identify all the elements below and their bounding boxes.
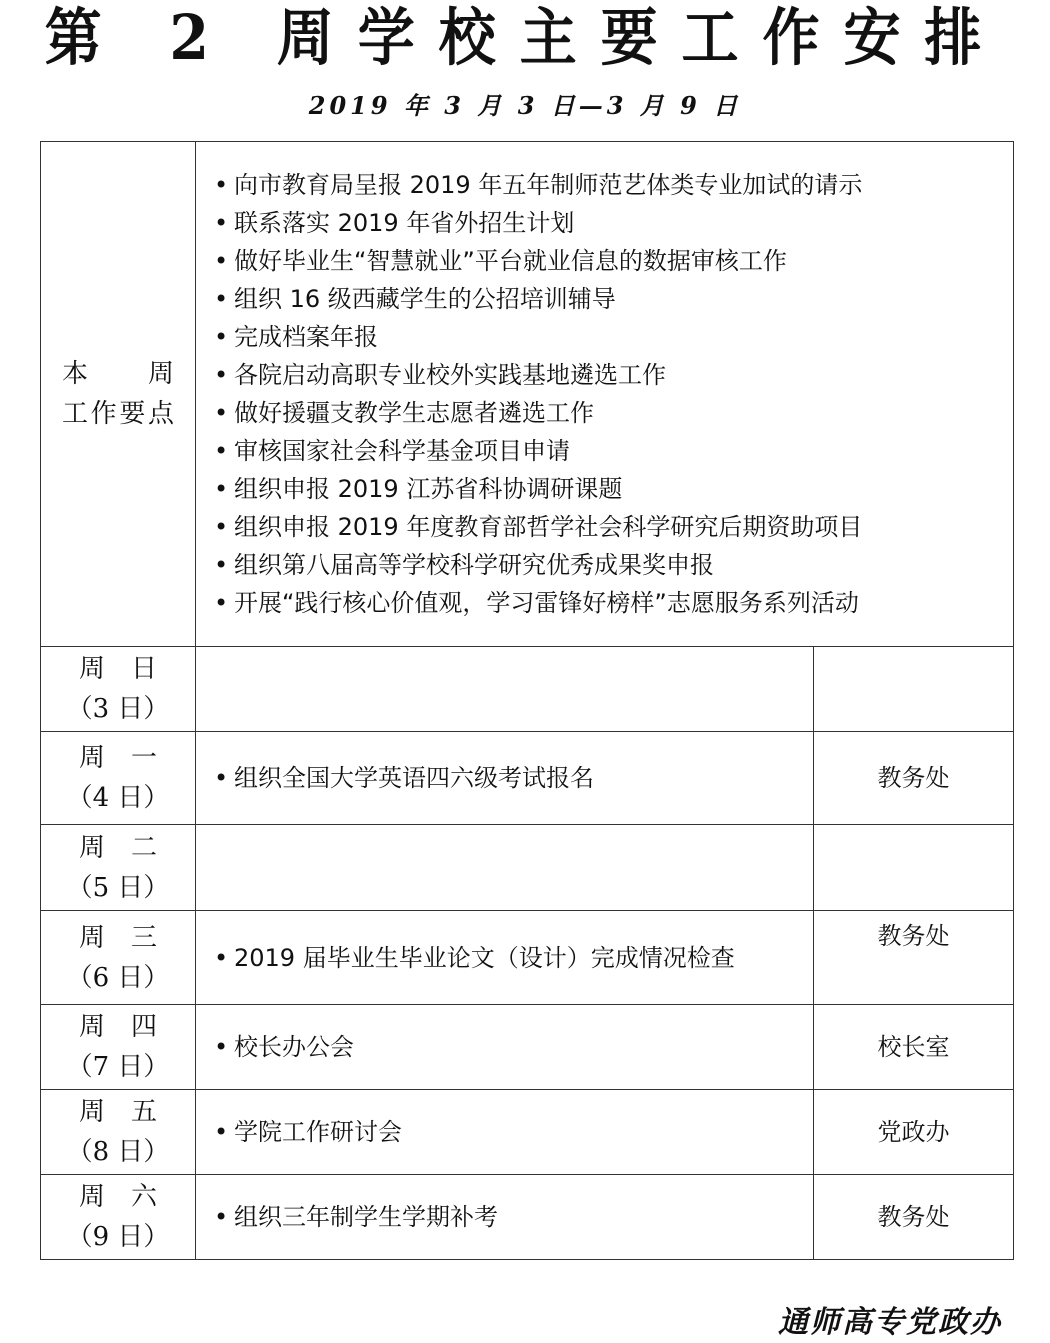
key-point: 向市教育局呈报 2019 年五年制师范艺体类专业加试的请示	[214, 166, 1007, 204]
task-item: 校长办公会	[214, 1028, 807, 1066]
key-point: 开展“践行核心价值观，学习雷锋好榜样”志愿服务系列活动	[214, 584, 1007, 622]
key-point: 审核国家社会科学基金项目申请	[214, 432, 1007, 470]
day-label: 周 五（8 日）	[41, 1090, 196, 1175]
day-row-saturday: 周 六（9 日） 组织三年制学生学期补考 教务处	[41, 1175, 1014, 1260]
key-point: 联系落实 2019 年省外招生计划	[214, 204, 1007, 242]
day-label: 周 日（3 日）	[41, 647, 196, 732]
day-dept: 党政办	[814, 1090, 1014, 1175]
key-point: 做好援疆支教学生志愿者遴选工作	[214, 394, 1007, 432]
page-title: 第 2 周学校主要工作安排	[42, 2, 1008, 74]
weekly-summary-label: 本 周 工作要点	[41, 142, 196, 647]
issuer-signature: 通师高专党政办	[778, 1297, 1002, 1341]
task-item: 2019 届毕业生毕业论文（设计）完成情况检查	[214, 939, 807, 977]
day-dept: 教务处	[814, 732, 1014, 825]
day-dept	[814, 825, 1014, 911]
day-row-friday: 周 五（8 日） 学院工作研讨会 党政办	[41, 1090, 1014, 1175]
key-point: 组织 16 级西藏学生的公招培训辅导	[214, 280, 1007, 318]
day-dept: 教务处	[814, 1175, 1014, 1260]
day-task: 2019 届毕业生毕业论文（设计）完成情况检查	[196, 911, 814, 1005]
day-row-thursday: 周 四（7 日） 校长办公会 校长室	[41, 1005, 1014, 1090]
date-range: 2019 年 3 月 3 日—3 月 9 日	[0, 88, 1050, 124]
summary-label-line1: 本 周	[62, 354, 174, 394]
day-label: 周 二（5 日）	[41, 825, 196, 911]
day-task	[196, 647, 814, 732]
day-label: 周 一（4 日）	[41, 732, 196, 825]
day-label: 周 四（7 日）	[41, 1005, 196, 1090]
day-label: 周 六（9 日）	[41, 1175, 196, 1260]
weekly-summary-items: 向市教育局呈报 2019 年五年制师范艺体类专业加试的请示 联系落实 2019 …	[196, 142, 1014, 647]
day-dept: 教务处	[814, 911, 1014, 1005]
day-task: 学院工作研讨会	[196, 1090, 814, 1175]
key-points-list: 向市教育局呈报 2019 年五年制师范艺体类专业加试的请示 联系落实 2019 …	[196, 160, 1013, 628]
key-point: 组织申报 2019 江苏省科协调研课题	[214, 470, 1007, 508]
day-task	[196, 825, 814, 911]
key-point: 完成档案年报	[214, 318, 1007, 356]
day-task: 组织三年制学生学期补考	[196, 1175, 814, 1260]
key-point: 组织申报 2019 年度教育部哲学社会科学研究后期资助项目	[214, 508, 1007, 546]
task-item: 组织全国大学英语四六级考试报名	[214, 759, 807, 797]
day-dept	[814, 647, 1014, 732]
key-point: 组织第八届高等学校科学研究优秀成果奖申报	[214, 546, 1007, 584]
day-row-sunday: 周 日（3 日）	[41, 647, 1014, 732]
day-row-wednesday: 周 三（6 日） 2019 届毕业生毕业论文（设计）完成情况检查 教务处	[41, 911, 1014, 1005]
task-item: 学院工作研讨会	[214, 1113, 807, 1151]
day-row-monday: 周 一（4 日） 组织全国大学英语四六级考试报名 教务处	[41, 732, 1014, 825]
day-label: 周 三（6 日）	[41, 911, 196, 1005]
task-item: 组织三年制学生学期补考	[214, 1198, 807, 1236]
day-dept: 校长室	[814, 1005, 1014, 1090]
summary-label-line2: 工作要点	[62, 394, 174, 434]
day-task: 校长办公会	[196, 1005, 814, 1090]
day-task: 组织全国大学英语四六级考试报名	[196, 732, 814, 825]
key-point: 各院启动高职专业校外实践基地遴选工作	[214, 356, 1007, 394]
schedule-table: 本 周 工作要点 向市教育局呈报 2019 年五年制师范艺体类专业加试的请示 联…	[40, 141, 1014, 1260]
day-row-tuesday: 周 二（5 日）	[41, 825, 1014, 911]
key-point: 做好毕业生“智慧就业”平台就业信息的数据审核工作	[214, 242, 1007, 280]
weekly-summary-row: 本 周 工作要点 向市教育局呈报 2019 年五年制师范艺体类专业加试的请示 联…	[41, 142, 1014, 647]
